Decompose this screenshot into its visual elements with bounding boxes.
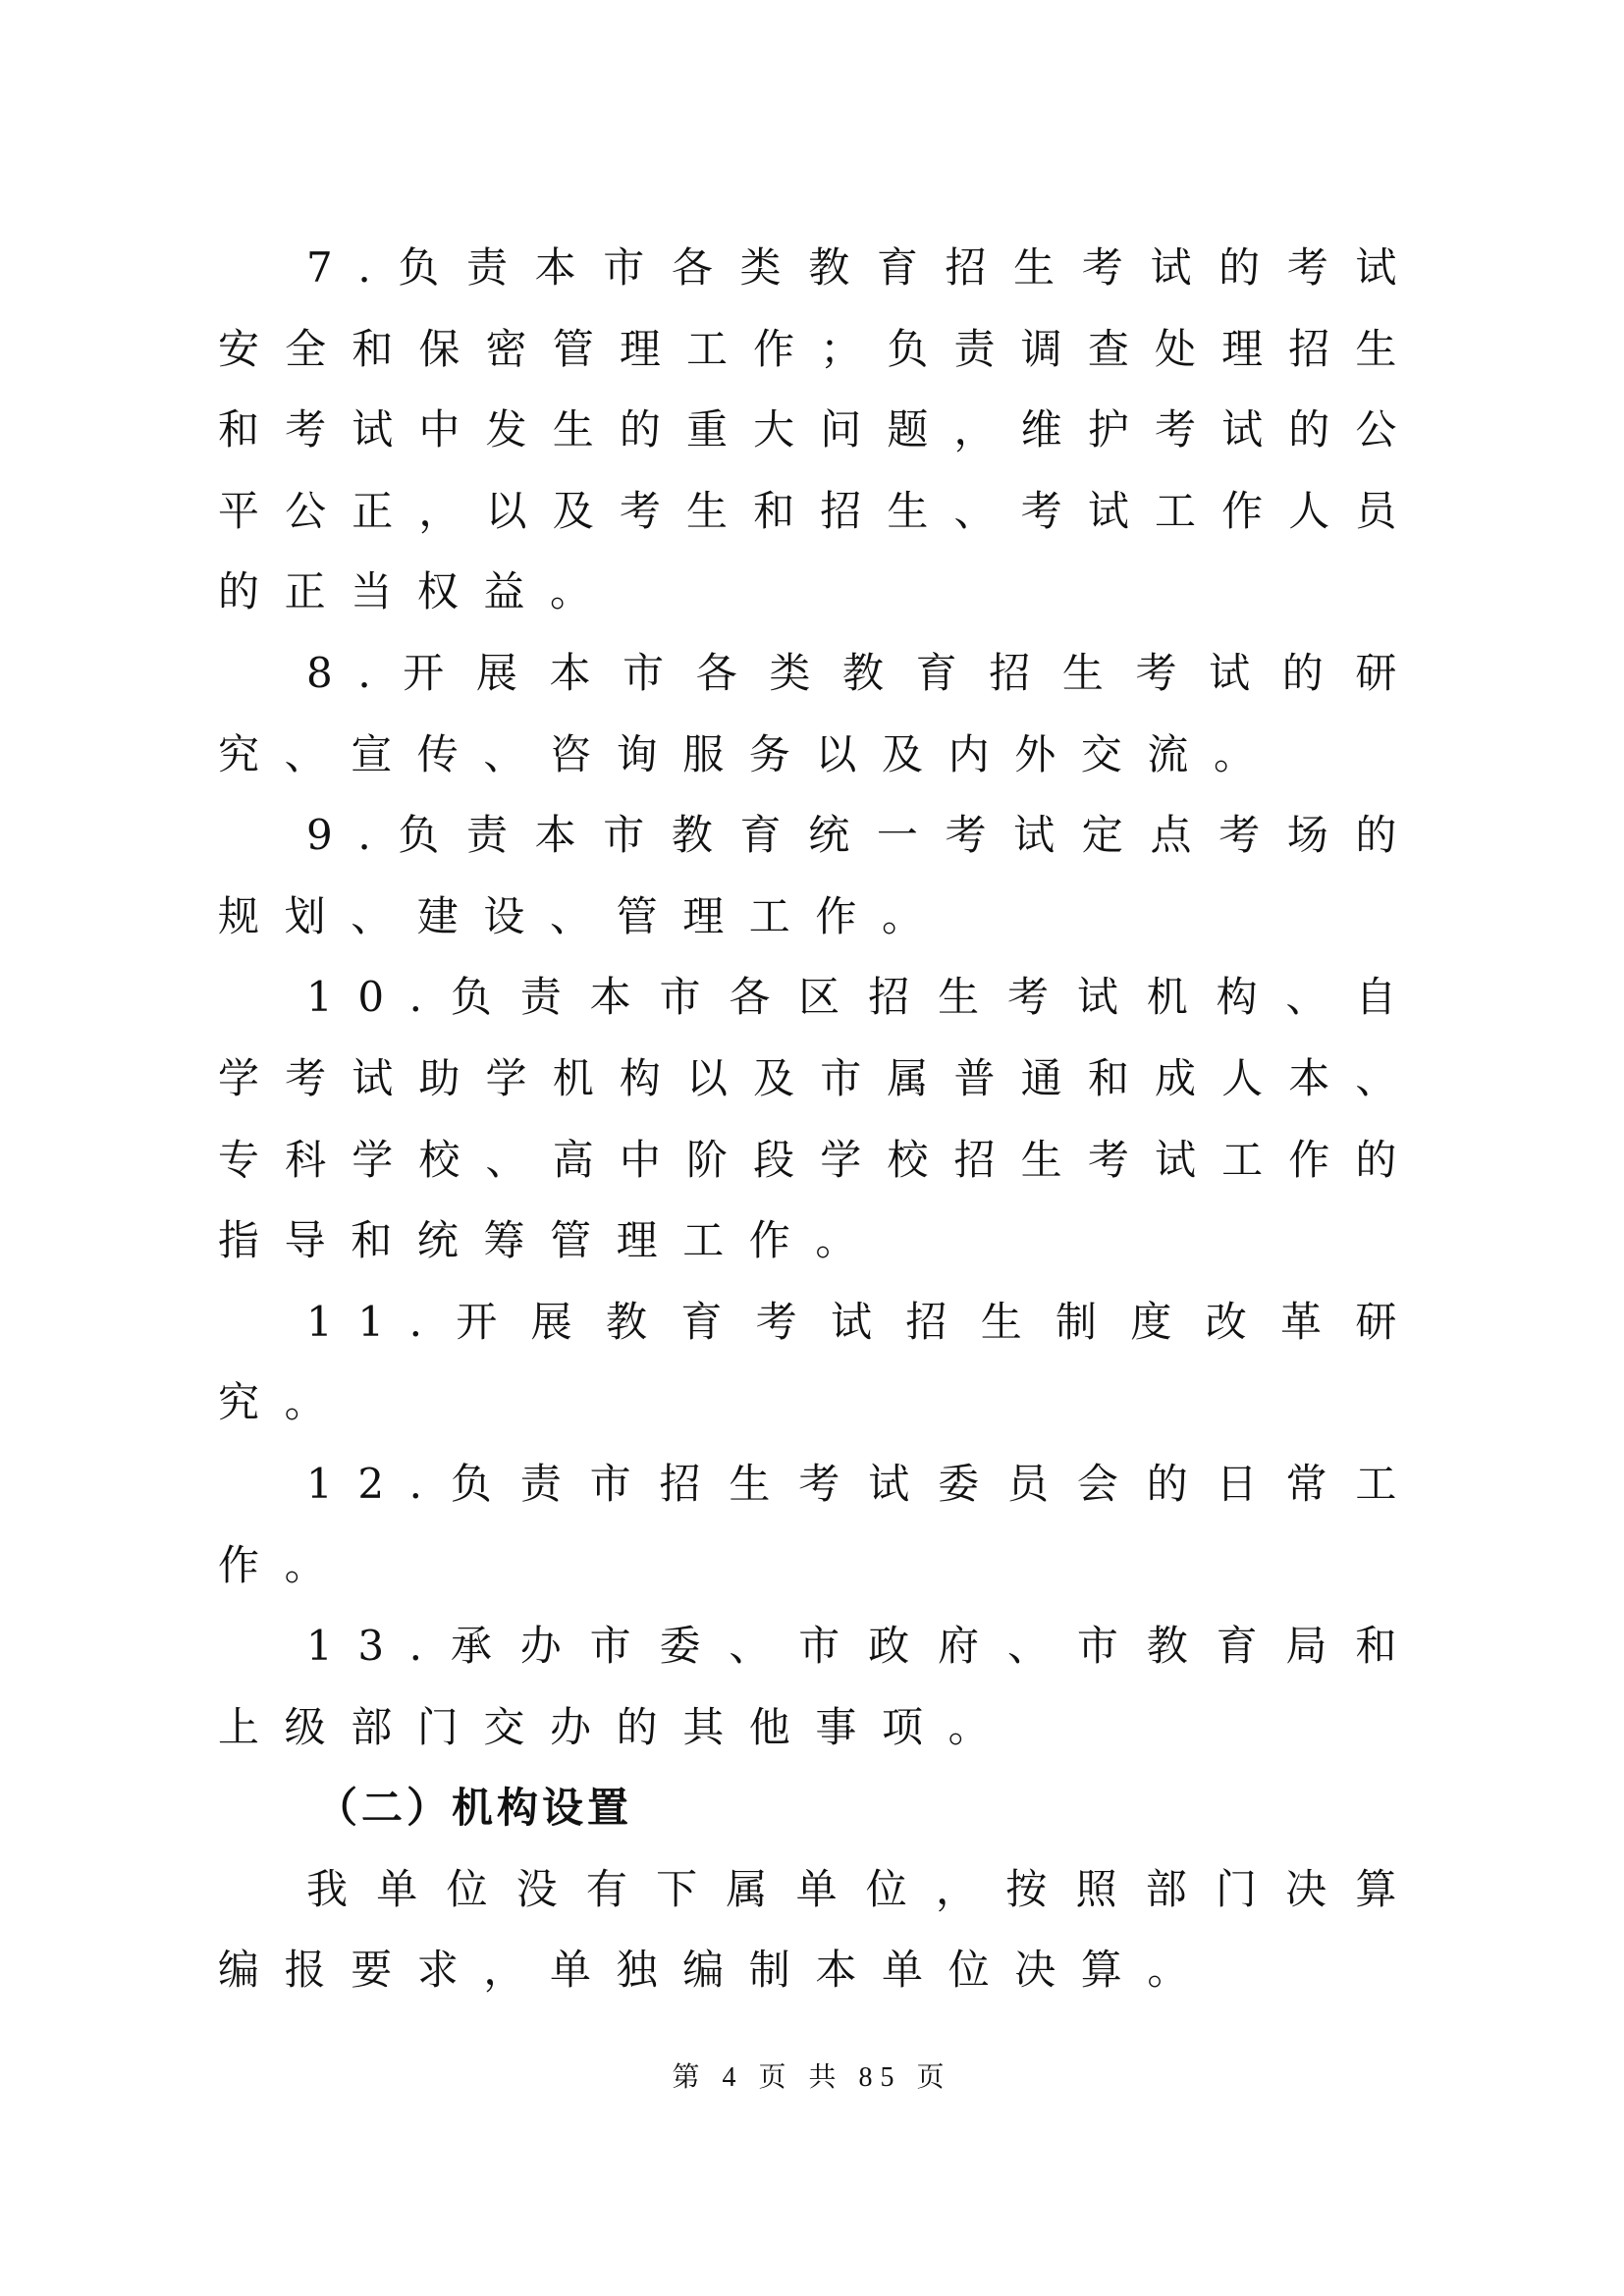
list-item-9: 9.负责本市教育统一考试定点考场的规划、建设、管理工作。 [218, 795, 1422, 957]
list-item-7: 7.负责本市各类教育招生考试的考试安全和保密管理工作；负责调查处理招生和考试中发… [218, 228, 1422, 633]
list-item-8: 8.开展本市各类教育招生考试的研究、宣传、咨询服务以及内外交流。 [218, 633, 1422, 795]
list-item-12: 12.负责市招生考试委员会的日常工作。 [218, 1444, 1422, 1606]
section-body: 我单位没有下属单位，按照部门决算编报要求，单独编制本单位决算。 [218, 1849, 1422, 2011]
page-number: 第 4 页 共 85 页 [0, 2056, 1624, 2095]
list-item-10: 10.负责本市各区招生考试机构、自学考试助学机构以及市属普通和成人本、专科学校、… [218, 957, 1422, 1281]
document-page: 7.负责本市各类教育招生考试的考试安全和保密管理工作；负责调查处理招生和考试中发… [218, 228, 1422, 2011]
list-item-11: 11.开展教育考试招生制度改革研究。 [218, 1282, 1422, 1444]
section-heading: （二）机构设置 [218, 1768, 1422, 1849]
list-item-13: 13.承办市委、市政府、市教育局和上级部门交办的其他事项。 [218, 1606, 1422, 1768]
